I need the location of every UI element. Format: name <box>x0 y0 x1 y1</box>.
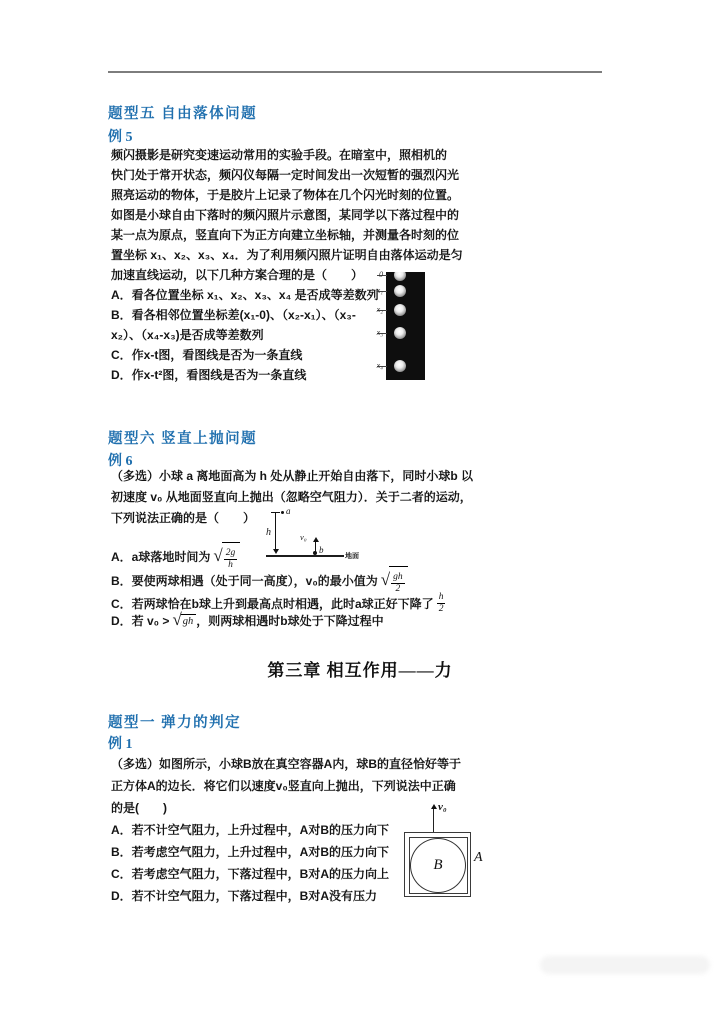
ground-label: 地面 <box>345 551 359 561</box>
flash-ball <box>394 285 406 297</box>
numerator: gh <box>391 572 405 584</box>
flash-ball <box>394 304 406 316</box>
text-line: 如图是小球自由下落时的频闪照片示意图，某同学以下落过程中的 <box>111 205 463 225</box>
text-line: 正方体A的边长．将它们以速度v₀竖直向上抛出，下列说法中正确 <box>111 775 461 797</box>
flash-ball <box>394 360 406 372</box>
flash-ball <box>394 327 406 339</box>
velocity-line <box>433 809 434 832</box>
v0-label: v₀ <box>438 801 447 813</box>
option-text: D．若 v₀ > <box>111 612 169 629</box>
example1-label: 例 1 <box>108 733 133 753</box>
section5-heading: 题型五 自由落体问题 <box>108 102 257 123</box>
option-a-row: A．a球落地时间为 √ 2g h <box>111 544 240 568</box>
denominator: 2 <box>439 604 444 615</box>
height-line <box>275 512 276 550</box>
two-ball-throw-figure: a h v₀ b 地面 <box>258 505 360 565</box>
height-label: h <box>266 527 271 538</box>
radicand: gh <box>181 614 197 627</box>
strobe-photo-figure: 0 x₁ x₂ x₃ x₄ <box>370 271 428 381</box>
text-line: （多选）小球 a 离地面高为 h 处从静止开始自由落下，同时小球b 以 <box>111 466 473 487</box>
option-text: ，则两球相遇时b球处于下降过程中 <box>196 612 383 629</box>
option-b-row: B．要使两球相遇（处于同一高度），v₀的最小值为 √ gh 2 <box>111 567 408 593</box>
arrow-up-icon <box>313 537 319 542</box>
document-page: 题型五 自由落体问题 例 5 频闪摄影是研究变速运动常用的实验手段。在暗室中，照… <box>0 0 720 1018</box>
text-line: 快门处于常开状态，频闪仪每隔一定时间发出一次短暂的强烈闪光 <box>111 165 463 185</box>
flash-ball <box>394 272 406 281</box>
axis-label-origin: 0 <box>370 270 383 280</box>
example5-label: 例 5 <box>108 126 133 146</box>
axis-label-x4: x₄ <box>370 361 383 371</box>
option-d-row: D．若 v₀ > √ gh ，则两球相遇时b球处于下降过程中 <box>111 609 384 631</box>
top-divider <box>108 71 602 73</box>
ball-in-box-figure: v₀ B A <box>400 798 490 900</box>
text-line: 某一点为原点，竖直向下为正方向建立坐标轴，并测量各时刻的位 <box>111 225 463 245</box>
box-a-label: A <box>474 850 483 866</box>
ball-a-label: a <box>286 506 291 516</box>
fraction: h 2 <box>437 592 446 615</box>
ball-b-label: b <box>319 545 324 555</box>
arrow-down-icon <box>273 549 279 554</box>
section6-heading: 题型六 竖直上抛问题 <box>108 427 257 448</box>
numerator: h <box>437 592 446 604</box>
v0-label: v₀ <box>300 532 307 542</box>
axis-label-x2: x₂ <box>370 305 383 315</box>
ball-b-label: B <box>433 857 442 874</box>
sqrt-expression: √ gh <box>172 613 196 627</box>
ball-b-circle: B <box>410 838 466 893</box>
text-line: 置坐标 x₁、x₂、x₃、x₄．为了利用频闪照片证明自由落体运动是匀 <box>111 245 463 265</box>
ground-line <box>266 555 344 557</box>
axis-label-x3: x₃ <box>370 328 383 338</box>
film-strip <box>386 272 425 380</box>
axis-label-x1: x₁ <box>370 286 383 296</box>
option-text: A．a球落地时间为 <box>111 548 210 565</box>
text-line: （多选）如图所示，小球B放在真空容器A内，球B的直径恰好等于 <box>111 753 461 775</box>
chapter-title: 第三章 相互作用——力 <box>0 656 720 681</box>
option-text: B．要使两球相遇（处于同一高度），v₀的最小值为 <box>111 572 378 589</box>
text-line: 频闪摄影是研究变速运动常用的实验手段。在暗室中，照相机的 <box>111 145 463 165</box>
section1-heading: 题型一 弹力的判定 <box>108 711 241 732</box>
numerator: 2g <box>224 548 238 560</box>
ball-a-dot <box>281 511 284 514</box>
text-line: 照亮运动的物体，于是胶片上记录了物体在几个闪光时刻的位置。 <box>111 185 463 205</box>
page-smudge <box>540 956 710 974</box>
